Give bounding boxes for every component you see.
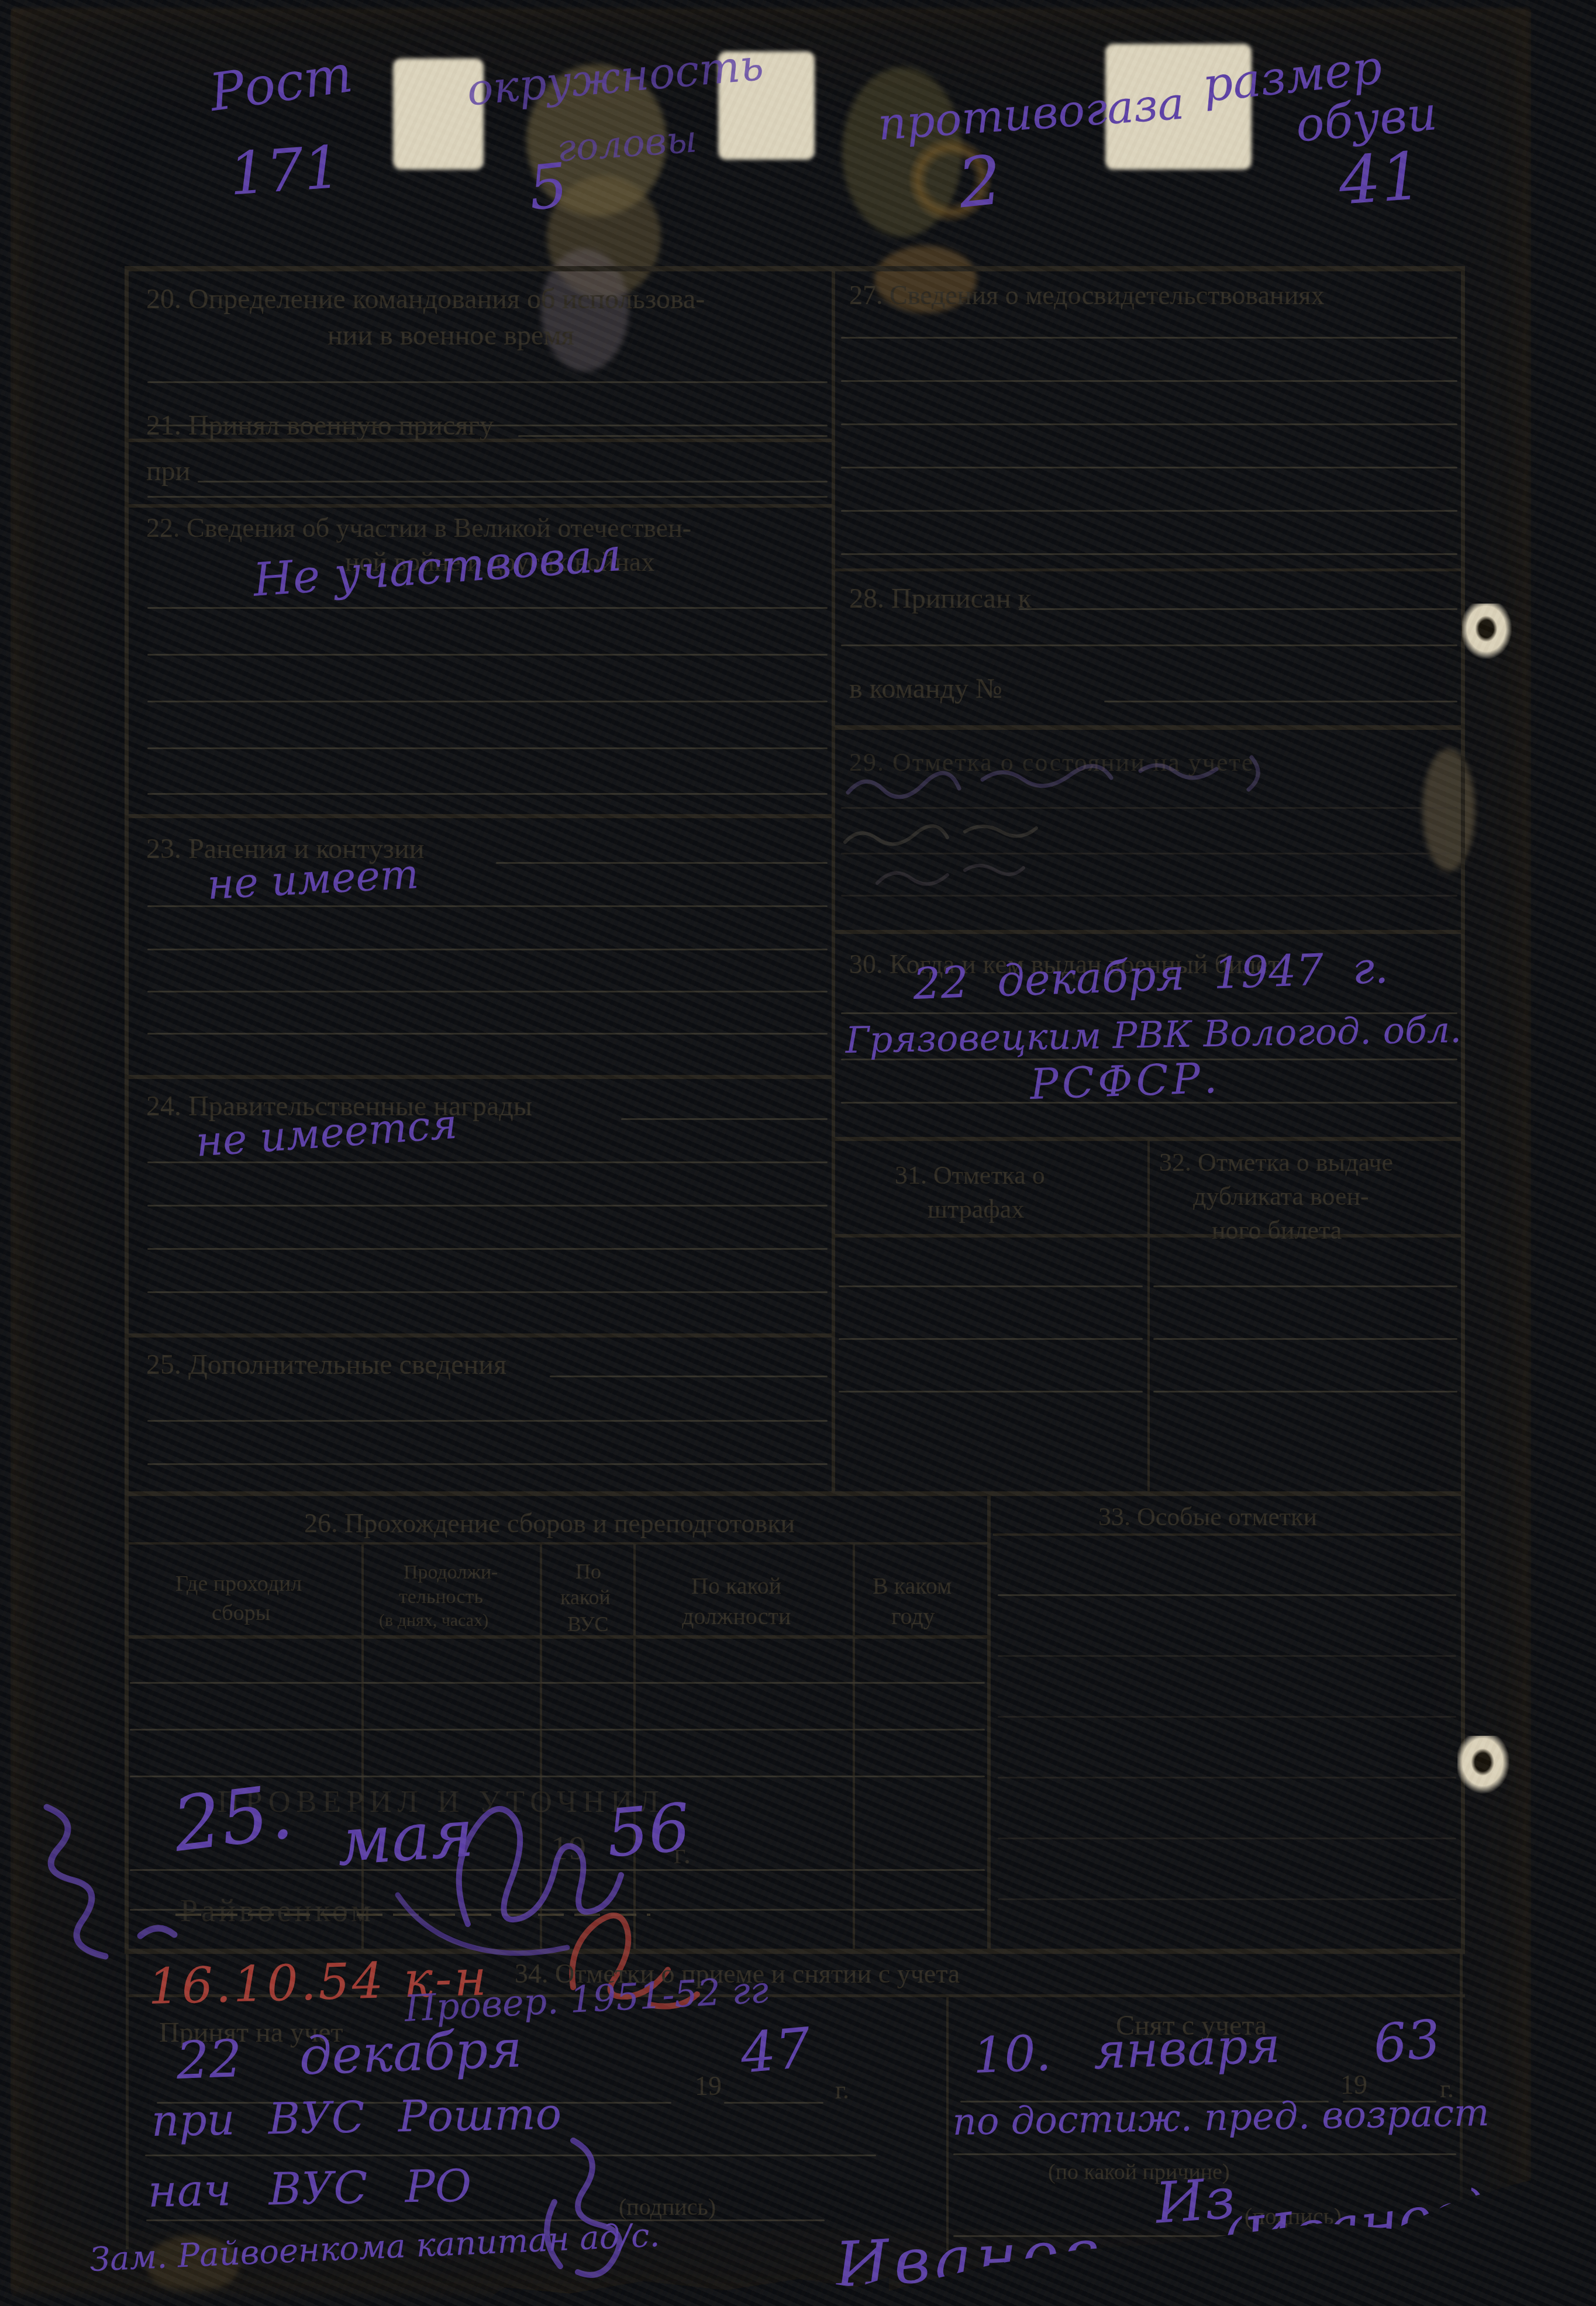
- accepted-year-printed: 19: [695, 2070, 722, 2101]
- col-vus-line3: ВУС: [567, 1612, 609, 1636]
- ruled-line: [147, 1248, 828, 1250]
- annotation-gasmask-value: 2: [954, 140, 1006, 223]
- ruled-line: [998, 1716, 1456, 1718]
- background-left-edge: [0, 0, 14, 2306]
- section-divider: [832, 725, 1465, 730]
- table-header-underline: [126, 1635, 991, 1639]
- accepted-year-hand: 47: [738, 2017, 813, 2086]
- ruled-line: [147, 1463, 828, 1465]
- section-21-title: 21. Принял военную присягу: [146, 409, 494, 442]
- table-column-divider: [1147, 1140, 1150, 1492]
- ruled-line: [147, 991, 828, 992]
- ruled-line: [147, 1033, 828, 1035]
- ruled-line: [724, 2102, 823, 2104]
- margin-scribble: [12, 1795, 175, 1965]
- annotation-head-value: 5: [525, 149, 571, 224]
- ruled-line: [998, 1594, 1456, 1596]
- stamp-official: Райвоенком: [180, 1893, 374, 1929]
- removed-year-hand: 63: [1371, 2008, 1443, 2076]
- section-33-title: 33. Особые отметки: [1098, 1502, 1317, 1532]
- section-divider: [993, 1533, 1461, 1536]
- col-duration-line1: Продолжи-: [404, 1562, 498, 1584]
- ruled-line: [1104, 701, 1457, 702]
- ruled-line: [1153, 1285, 1457, 1287]
- section-32-line1: 32. Отметка о выдаче: [1159, 1147, 1393, 1177]
- section-divider: [832, 930, 1465, 934]
- stamp-day-hand: 25.: [168, 1768, 297, 1869]
- section-31-line2: штрафах: [928, 1194, 1024, 1224]
- ruled-line: [841, 553, 1457, 555]
- col-year-line2: году: [891, 1602, 935, 1630]
- section-28-title: 28. Приписан к: [849, 582, 1032, 615]
- ruled-line: [621, 1118, 828, 1120]
- table-row-line: [130, 1682, 985, 1684]
- table-header-topline: [126, 1542, 991, 1545]
- ruled-line: [839, 1338, 1143, 1340]
- col-vus-line2: какой: [560, 1585, 611, 1609]
- issue-republic-entry: РСФСР.: [1029, 1053, 1221, 1109]
- punch-hole: [1462, 604, 1512, 660]
- table-column-divider: [946, 1997, 949, 2250]
- section-divider: [126, 1075, 835, 1079]
- col-duration-line2: тельность: [399, 1586, 483, 1608]
- accepted-line3-hand: нач ВУС РО: [147, 2159, 472, 2217]
- accepted-date-hand: 22 декабря: [175, 2018, 523, 2091]
- ruled-line: [1153, 1338, 1457, 1340]
- removed-date-hand: 10. января: [972, 2017, 1281, 2084]
- section-32-line2: дубликата воен-: [1193, 1181, 1369, 1211]
- accepted-year-suffix: г.: [835, 2075, 849, 2105]
- section-divider: [126, 814, 835, 818]
- ruled-line: [1019, 608, 1457, 610]
- col-year-line1: В каком: [873, 1572, 952, 1600]
- section-20-title-line2: нии в военное время: [328, 319, 574, 351]
- ruled-line: [147, 607, 828, 609]
- ruled-line: [496, 862, 828, 864]
- ruled-line: [147, 496, 828, 498]
- table-column-divider: [853, 1544, 855, 1951]
- accepted-line2-hand: при ВУС Рошто: [151, 2089, 562, 2146]
- ruled-line: [147, 381, 828, 383]
- section-divider: [126, 504, 835, 508]
- ruled-line: [1153, 1391, 1457, 1392]
- form-border-left: [125, 266, 129, 1954]
- ruled-line: [147, 654, 828, 656]
- ruled-line: [839, 1391, 1143, 1392]
- ruled-line: [518, 435, 828, 437]
- ruled-line: [841, 510, 1457, 512]
- section-26-title: 26. Прохождение сборов и переподготовки: [304, 1508, 795, 1539]
- background-right-edge: [1525, 0, 1596, 2306]
- ruled-line: [147, 949, 828, 950]
- punch-hole: [1457, 1736, 1510, 1794]
- form-border-left-lower: [126, 1954, 129, 2249]
- ruled-line: [841, 337, 1457, 339]
- section-21-sub: при: [146, 455, 190, 487]
- col-where-line1: Где проходил: [175, 1571, 302, 1597]
- col-where-line2: сборы: [212, 1600, 270, 1626]
- annotation-shoe-value: 41: [1336, 138, 1425, 220]
- col-position-line2: должности: [682, 1602, 791, 1630]
- ruled-line: [998, 1898, 1456, 1900]
- ruled-line: [147, 1205, 828, 1207]
- form-border-top: [126, 266, 1465, 271]
- ruled-line: [841, 380, 1457, 382]
- table-column-divider: [361, 1544, 364, 1951]
- faded-handwriting: [842, 757, 1456, 915]
- table-row-line: [130, 1729, 985, 1731]
- ruled-line: [147, 1420, 828, 1422]
- form-border-right: [1461, 266, 1465, 1954]
- section-divider: [832, 568, 1465, 571]
- section-20-title-line1: 20. Определение командования об использо…: [146, 283, 705, 315]
- ruled-line: [147, 1291, 828, 1293]
- col-vus-line1: По: [575, 1559, 601, 1584]
- ruled-line: [841, 644, 1457, 646]
- ruled-line: [198, 481, 828, 482]
- section-31-line1: 31. Отметка о: [895, 1160, 1045, 1190]
- ruled-line: [147, 747, 828, 749]
- background-top-edge: [0, 0, 1596, 11]
- column-divider-lower: [987, 1493, 991, 1954]
- column-divider: [832, 266, 835, 1494]
- ruled-line: [998, 1777, 1456, 1778]
- ruled-line: [550, 1376, 828, 1377]
- section-25-title: 25. Дополнительные сведения: [146, 1349, 506, 1381]
- section-divider: [126, 1333, 835, 1338]
- scanned-document: Рост 171 окружность головы 5 противогаза…: [0, 0, 1596, 2306]
- ruled-line: [146, 2219, 825, 2221]
- ruled-line: [147, 701, 828, 702]
- section-divider: [126, 1491, 1465, 1496]
- annotation-height-value: 171: [227, 133, 343, 209]
- ruled-line: [998, 1655, 1456, 1657]
- col-position-line1: По какой: [691, 1572, 781, 1600]
- section-32-line3: ного билета: [1212, 1215, 1342, 1245]
- ruled-line: [147, 793, 828, 795]
- section-28-sub: в команду №: [849, 673, 1002, 705]
- ruled-line: [841, 423, 1457, 425]
- ruled-line: [953, 2153, 1456, 2155]
- torn-edge-bottom-left: [0, 2284, 503, 2306]
- col-duration-line3: (в днях, часах): [379, 1611, 488, 1631]
- ruled-line: [839, 1285, 1143, 1287]
- ruled-line: [998, 1838, 1456, 1839]
- ruled-line: [841, 467, 1457, 468]
- section-27-title: 27. Сведения о медосвидетельствованиях: [849, 280, 1325, 311]
